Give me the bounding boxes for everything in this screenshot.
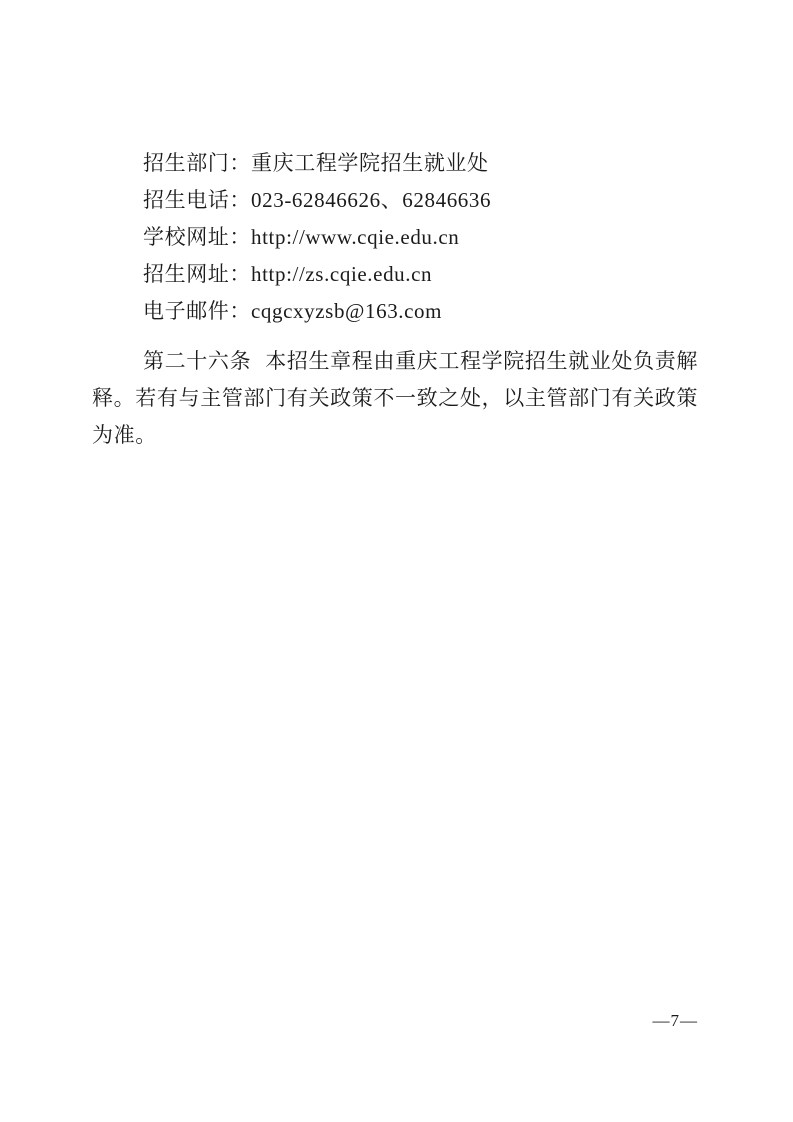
info-value-department: 重庆工程学院招生就业处 (251, 151, 489, 175)
page-footer: —7— (653, 1010, 699, 1032)
page-content: 招生部门：重庆工程学院招生就业处 招生电话：023-62846626、62846… (92, 145, 698, 454)
info-line-phone: 招生电话：023-62846626、62846636 (92, 182, 698, 219)
info-label-department: 招生部门 (143, 151, 229, 175)
info-line-department: 招生部门：重庆工程学院招生就业处 (92, 145, 698, 182)
article-26-paragraph: 第二十六条本招生章程由重庆工程学院招生就业处负责解释。若有与主管部门有关政策不一… (92, 343, 698, 454)
info-label-school-website: 学校网址 (143, 225, 229, 249)
colon-separator: ： (229, 299, 251, 323)
info-label-email: 电子邮件 (143, 299, 229, 323)
info-label-phone: 招生电话 (143, 188, 229, 212)
page-number: —7— (653, 1011, 699, 1030)
info-value-phone: 023-62846626、62846636 (251, 188, 491, 212)
colon-separator: ： (229, 262, 251, 286)
info-line-email: 电子邮件：cqgcxyzsb@163.com (92, 293, 698, 330)
info-line-admissions-website: 招生网址：http://zs.cqie.edu.cn (92, 256, 698, 293)
info-label-admissions-website: 招生网址 (143, 262, 229, 286)
article-26-term: 第二十六条 (143, 349, 251, 373)
document-page: 招生部门：重庆工程学院招生就业处 招生电话：023-62846626、62846… (0, 0, 793, 1122)
info-line-school-website: 学校网址：http://www.cqie.edu.cn (92, 219, 698, 256)
colon-separator: ： (229, 225, 251, 249)
info-value-school-website: http://www.cqie.edu.cn (251, 225, 459, 249)
colon-separator: ： (229, 151, 251, 175)
info-value-admissions-website: http://zs.cqie.edu.cn (251, 262, 432, 286)
info-value-email: cqgcxyzsb@163.com (251, 299, 442, 323)
colon-separator: ： (229, 188, 251, 212)
